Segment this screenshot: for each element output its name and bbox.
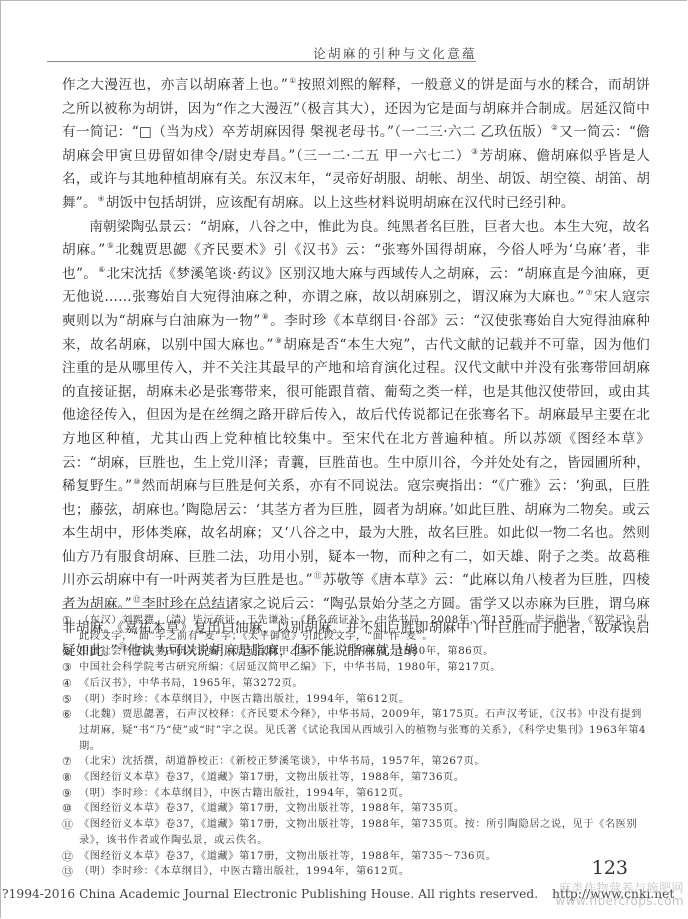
footnote-number: ④ xyxy=(62,676,79,692)
footnote-number: ② xyxy=(62,644,79,660)
footnote-separator xyxy=(62,608,230,609)
footnote-number: ⑧ xyxy=(62,770,79,786)
footnote-marker[interactable]: ⑩ xyxy=(133,477,140,486)
site-watermark: 麻类作物营养与施肥网 www.fibercrops.com xyxy=(555,882,684,908)
footnote-marker[interactable]: ② xyxy=(551,123,558,132)
page-number: 123 xyxy=(592,857,628,879)
footnote: ⑦（北宋）沈括撰，胡道静校正：《新校正梦溪笔谈》，中华书局，1957年，第267… xyxy=(62,754,652,770)
footnote-marker[interactable]: ⑤ xyxy=(106,241,114,250)
footnote-text: （北宋）沈括撰，胡道静校正：《新校正梦溪笔谈》，中华书局，1957年，第267页… xyxy=(79,754,652,770)
footnote-text: 《图经衍义本草》卷37，《道藏》第17册，文物出版社等，1988年，第736页。 xyxy=(79,770,652,786)
footnote-marker[interactable]: ① xyxy=(289,76,297,85)
footnote: ⑬（明）李时珍：《本草纲目》，中医古籍出版社，1994年，第612页。 xyxy=(62,864,652,880)
footnote: ②中国社会科学院考古研究所编：《居延汉简甲乙编》下，中华书局，1980年，第86… xyxy=(62,644,652,660)
footnote: ⑪《图经衍义本草》卷37，《道藏》第17册，文物出版社等，1988年，第735页… xyxy=(62,817,652,848)
footnote-number: ⑫ xyxy=(62,849,79,865)
footnote-marker[interactable]: ⑦ xyxy=(585,288,593,297)
footnote-marker[interactable]: ⑧ xyxy=(262,312,270,321)
footnote-text: （明）李时珍：《本草纲目》，中医古籍出版社，1994年，第612页。 xyxy=(79,864,652,880)
footnote-number: ③ xyxy=(62,660,79,676)
footnote: ⑫《图经衍义本草》卷37，《道藏》第17册，文物出版社等，1988年，第735～… xyxy=(62,849,652,865)
footnote-text: （明）李时珍：《本草纲目》，中医古籍出版社，1994年，第612页。 xyxy=(79,786,652,802)
footnote-text: （北魏）贾思勰著，石声汉校释：《齐民要术今释》，中华书局，2009年，第175页… xyxy=(79,707,652,754)
footnote-text: 中国社会科学院考古研究所编：《居延汉简甲乙编》下，中华书局，1980年，第86页… xyxy=(79,644,652,660)
paragraph-2: 南朝梁陶弘景云：“胡麻，八谷之中，惟此为良。纯黑者名巨胜，巨者大也。本生大宛，故… xyxy=(62,216,650,664)
footnote: ④《后汉书》，中华书局，1965年，第3272页。 xyxy=(62,676,652,692)
article-body: 作之大漫沍也，亦言以胡麻著上也。”①按照刘熙的解释，一般意义的饼是面与水的糅合，… xyxy=(62,74,650,664)
footnote-text: 中国社会科学院考古研究所编：《居延汉简甲乙编》下，中华书局，1980年，第217… xyxy=(79,660,652,676)
footnote-number: ⑩ xyxy=(62,801,79,817)
footnote-number: ⑪ xyxy=(62,817,79,833)
footnote: ③中国社会科学院考古研究所编：《居延汉简甲乙编》下，中华书局，1980年，第21… xyxy=(62,660,652,676)
footnote-text: （东汉）刘熙撰，（清）毕沅疏证，王先谦补：《释名疏证补》，中华书局，2008年，… xyxy=(79,613,652,644)
running-head-rule xyxy=(47,61,476,62)
footnote-marker[interactable]: ③ xyxy=(471,147,478,156)
footnote: ⑥（北魏）贾思勰著，石声汉校释：《齐民要术今释》，中华书局，2009年，第175… xyxy=(62,707,652,754)
footnote: ⑩《图经衍义本草》卷37，《道藏》第17册，文物出版社等，1988年，第735页… xyxy=(62,801,652,817)
footnote-marker[interactable]: ⑫ xyxy=(133,595,141,604)
watermark-url: www.fibercrops.com xyxy=(555,895,684,908)
paragraph-1: 作之大漫沍也，亦言以胡麻著上也。”①按照刘熙的解释，一般意义的饼是面与水的糅合，… xyxy=(62,74,650,216)
footnote-text: 《图经衍义本草》卷37，《道藏》第17册，文物出版社等，1988年，第735～7… xyxy=(79,849,652,865)
footnote: ⑨（明）李时珍：《本草纲目》，中医古籍出版社，1994年，第612页。 xyxy=(62,786,652,802)
footnote-marker[interactable]: ④ xyxy=(98,194,105,203)
footnote: ①（东汉）刘熙撰，（清）毕沅疏证，王先谦补：《释名疏证补》，中华书局，2008年… xyxy=(62,613,652,644)
footnote-number: ⑥ xyxy=(62,707,79,723)
footnote-text: 《后汉书》，中华书局，1965年，第3272页。 xyxy=(79,676,652,692)
footnote-marker[interactable]: ⑪ xyxy=(314,571,322,580)
footnote-number: ① xyxy=(62,613,79,629)
footnote-number: ⑤ xyxy=(62,692,79,708)
footnote-number: ⑦ xyxy=(62,754,79,770)
footnotes: ①（东汉）刘熙撰，（清）毕沅疏证，王先谦补：《释名疏证补》，中华书局，2008年… xyxy=(62,613,652,880)
footnote-marker[interactable]: ⑨ xyxy=(275,336,283,345)
running-head-title: 论胡麻的引种与文化意蕴 xyxy=(313,44,477,62)
footnote: ⑧《图经衍义本草》卷37，《道藏》第17册，文物出版社等，1988年，第736页… xyxy=(62,770,652,786)
footnote: ⑤（明）李时珍：《本草纲目》，中医古籍出版社，1994年，第612页。 xyxy=(62,692,652,708)
footnote-number: ⑬ xyxy=(62,864,79,880)
footnote-marker[interactable]: ⑥ xyxy=(98,265,105,274)
copyright-text: ?1994-2016 China Academic Journal Electr… xyxy=(2,887,538,901)
footnote-text: 《图经衍义本草》卷37，《道藏》第17册，文物出版社等，1988年，第735页。 xyxy=(79,801,652,817)
footnote-text: 《图经衍义本草》卷37，《道藏》第17册，文物出版社等，1988年，第735页。… xyxy=(79,817,652,848)
footnote-text: （明）李时珍：《本草纲目》，中医古籍出版社，1994年，第612页。 xyxy=(79,692,652,708)
footnote-number: ⑨ xyxy=(62,786,79,802)
